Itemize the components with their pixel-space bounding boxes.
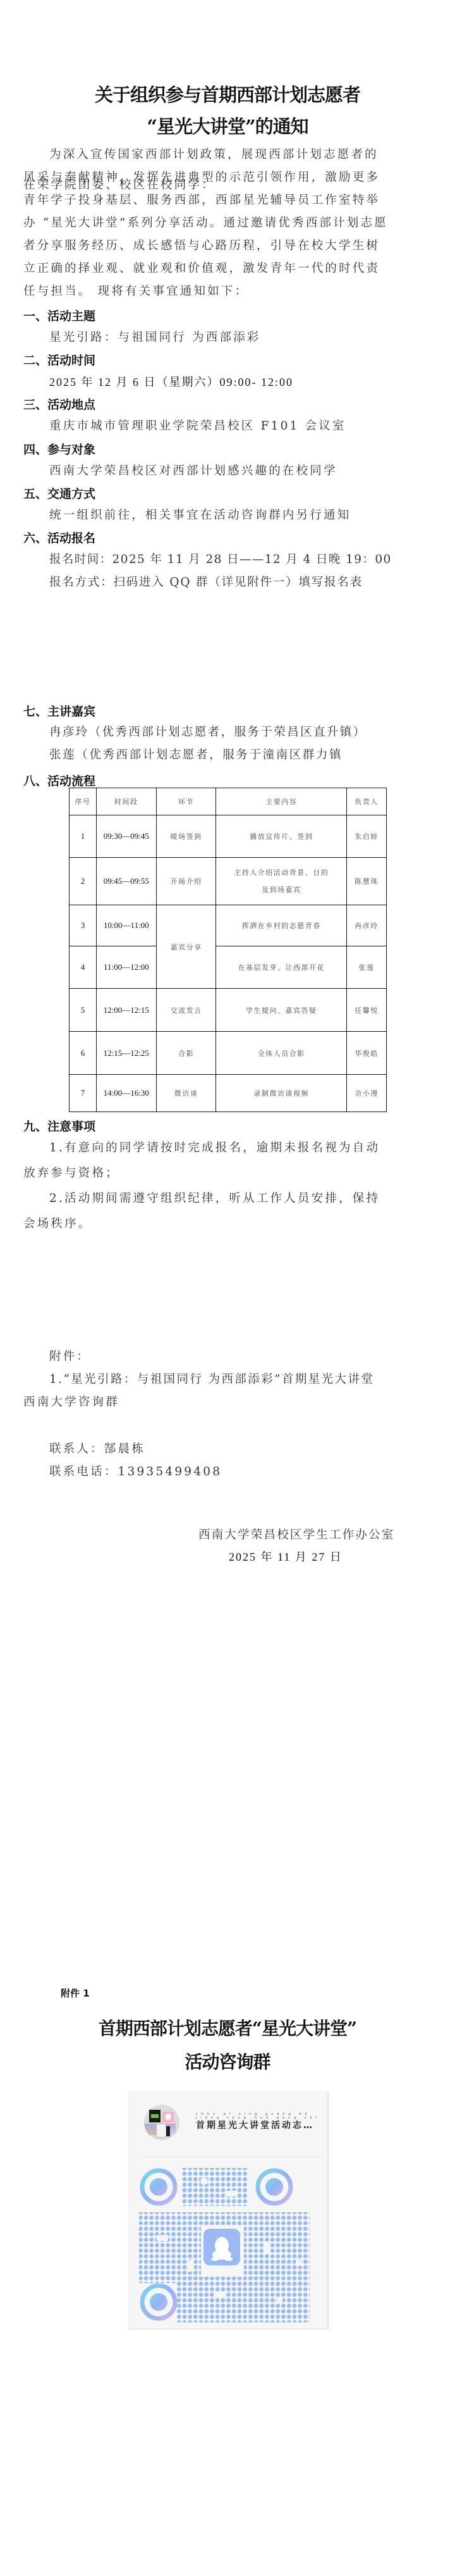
intro-line-5: 者分享服务经历、成长感悟与心路历程，引导在校大学生树 — [23, 235, 380, 257]
note-2-line-2: 会场秩序。 — [23, 1213, 92, 1235]
table-row: 2 09:45—09:55 开场介绍 主持人介绍活动背景、目的及到场嘉宾 陈慧珠 — [70, 858, 387, 905]
intro-line-2: 风采与奉献精神，发挥先进典型的示范引领作用，激励更多 — [23, 166, 380, 189]
section-text-time: 2025 年 12 月 6 日（星期六）09:00- 12:00 — [49, 371, 293, 393]
registration-time: 报名时间：2025 年 11 月 28 日——12 月 4 日晚 19：00 — [49, 548, 392, 571]
qq-group-qr-card[interactable]: shǒu qī xīng guāng dà jiǎng táng huó dòn… — [128, 2091, 329, 2330]
schedule-header-row: 序号 时间段 环节 主要内容 负责人 — [70, 788, 387, 815]
issue-date: 2025 年 11 月 27 日 — [229, 1545, 343, 1568]
attachments-label: 附件： — [49, 1346, 90, 1368]
group-avatar — [144, 2105, 179, 2140]
section-text-location: 重庆市城市管理职业学院荣昌校区 F101 会议室 — [49, 415, 346, 438]
qr-code[interactable] — [138, 2165, 316, 2324]
section-heading-notes: 九、注意事项 — [23, 1117, 95, 1134]
table-row: 5 12:00—12:15 交流发言 学生提问、嘉宾答疑 任馨悦 — [70, 989, 387, 1032]
section-heading-theme: 一、活动主题 — [23, 307, 95, 324]
attachment-1-line-1: 1.“星光引路：与祖国同行 为西部添彩”首期星光大讲堂 — [49, 1368, 374, 1391]
header-time: 时间段 — [96, 788, 156, 815]
table-row: 7 14:00—16:30 微访谈 录制微访谈视频 佘小漫 — [70, 1075, 387, 1112]
note-1-line-1: 1.有意向的同学请按时完成报名，逾期未报名视为自动 — [49, 1137, 380, 1160]
section-text-transport: 统一组织前往，相关事宜在活动咨询群内另行通知 — [49, 504, 351, 527]
intro-line-1: 为深入宣传国家西部计划政策，展现西部计划志愿者的 — [49, 144, 379, 166]
table-row: 3 10:00—11:00 嘉宾分享 挥洒在乡村的志愿青春 冉彦玲 — [70, 905, 387, 946]
intro-line-4: 办 “星光大讲堂”系列分享活动。通过邀请优秀西部计划志愿 — [23, 212, 388, 235]
intro-line-7: 任与担当。 现将有关事宜通知如下： — [23, 280, 248, 303]
schedule-table: 序号 时间段 环节 主要内容 负责人 1 09:30—09:45 暖场签到 播放… — [69, 788, 387, 1112]
intro-line-3: 青年学子投身基层、服务西部，西部星光辅导员工作室特举 — [23, 189, 380, 212]
speaker-1: 冉彦玲（优秀西部计划志愿者，服务于荣昌区直升镇） — [49, 721, 367, 744]
section-heading-audience: 四、参与对象 — [23, 440, 95, 457]
contact-person: 联系人：郜晨栋 — [49, 1438, 145, 1461]
table-row: 4 11:00—12:00 在基层发芽、让西部开花 张莲 — [70, 946, 387, 989]
section-heading-location: 三、活动地点 — [23, 395, 95, 412]
attachment-1-line-2: 西南大学咨询群 — [23, 1391, 119, 1414]
section-heading-time: 二、活动时间 — [23, 351, 95, 368]
intro-line-6: 立正确的择业观、就业观和价值观，激发青年一代的时代责 — [23, 257, 380, 280]
notice-title-line2: “星光大讲堂”的通知 — [0, 113, 455, 139]
note-2-line-1: 2.活动期间需遵守组织纪律，听从工作人员安排，保持 — [49, 1187, 380, 1210]
appendix-title-line1: 首期西部计划志愿者“星光大讲堂” — [0, 2015, 455, 2040]
group-name: 首期星光大讲堂活动志… — [196, 2119, 314, 2131]
header-content: 主要内容 — [216, 788, 347, 815]
speaker-2: 张莲（优秀西部计划志愿者，服务于潼南区群力镇 — [49, 744, 343, 767]
merged-stage-cell: 嘉宾分享 — [156, 905, 216, 989]
notice-title-line1: 关于组织参与首期西部计划志愿者 — [0, 81, 455, 107]
contact-phone: 联系电话：13935499408 — [49, 1461, 222, 1483]
section-heading-registration: 六、活动报名 — [23, 529, 95, 546]
header-no: 序号 — [70, 788, 97, 815]
registration-method: 报名方式：扫码进入 QQ 群（详见附件一）填写报名表 — [49, 571, 363, 594]
section-text-theme: 星光引路：与祖国同行 为西部添彩 — [49, 326, 261, 349]
appendix-label: 附件 1 — [61, 1986, 90, 2000]
table-row: 6 12:15—12:25 合影 全体人员合影 华俊皓 — [70, 1032, 387, 1075]
header-stage: 环节 — [156, 788, 216, 815]
issuer: 西南大学荣昌校区学生工作办公室 — [198, 1524, 395, 1547]
note-1-line-2: 放弃参与资格； — [23, 1162, 119, 1185]
card-divider — [140, 2157, 323, 2157]
appendix-title-line2: 活动咨询群 — [0, 2048, 455, 2074]
section-heading-schedule: 八、活动流程 — [23, 772, 95, 789]
section-heading-transport: 五、交通方式 — [23, 485, 95, 502]
section-heading-speakers: 七、主讲嘉宾 — [23, 702, 95, 719]
table-row: 1 09:30—09:45 暖场签到 播放宣传片、签到 朱启娇 — [70, 815, 387, 858]
header-owner: 负责人 — [347, 788, 387, 815]
section-text-audience: 西南大学荣昌校区对西部计划感兴趣的在校同学 — [49, 460, 337, 483]
